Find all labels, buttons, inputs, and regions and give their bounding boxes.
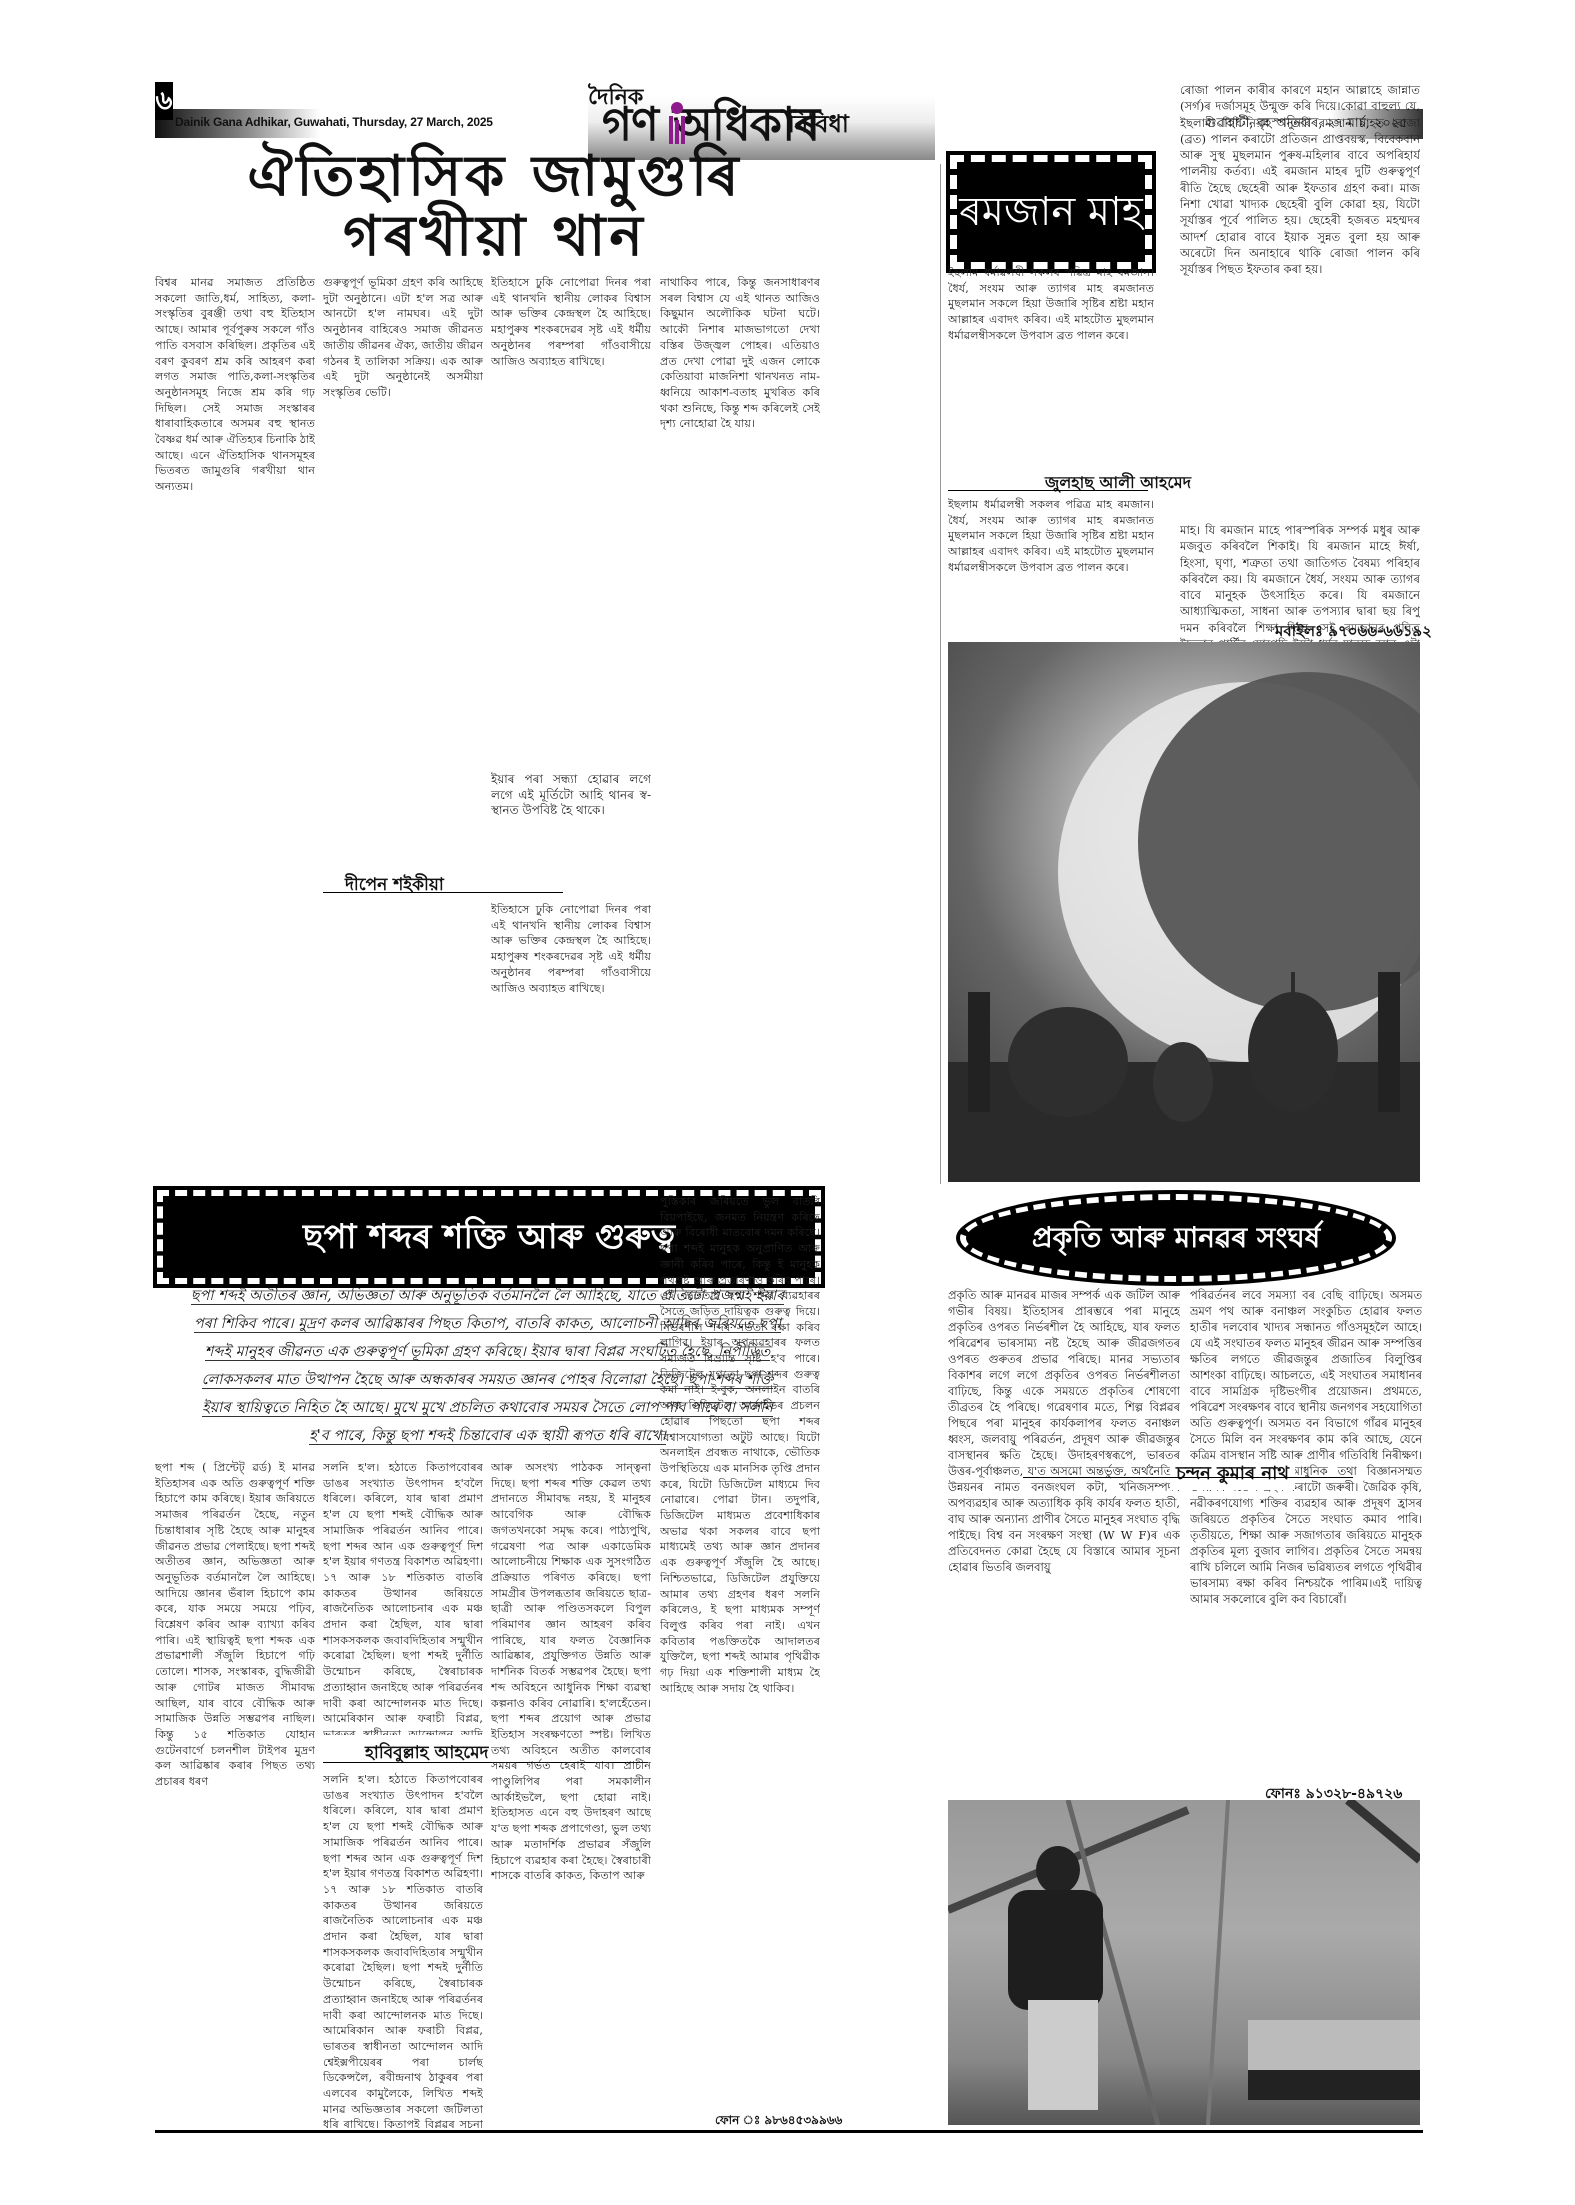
headline-line-1: ঐতিহাসিক জামুগুৰি — [195, 147, 795, 207]
author-byline: হাবিবুল্লাহ আহমেদ — [365, 1740, 488, 1768]
author-byline: জুলহাছ আলী আহমেদ — [1045, 470, 1191, 497]
article-column: ইতিহাসে ঢুকি নোপোৱা দিনৰ পৰা এই থানখনি স… — [491, 902, 651, 1180]
newspaper-page: ৬ Dainik Gana Adhikar, Guwahati, Thursda… — [155, 82, 1423, 2132]
article-column: ছপা শব্দ ( প্ৰিন্টেট্ ৱৰ্ড) ই মানৱ ইতিহা… — [155, 1460, 315, 2128]
article-column: পুস্তিকাৰ জৰিয়তে ভুল বাতৰি বিয়পাইছে, জ… — [660, 1194, 820, 2109]
logo-people-icon — [667, 102, 687, 146]
column-divider — [940, 164, 941, 1184]
footer-rule — [155, 2130, 1423, 2133]
headline-prakriti: প্ৰকৃতি আৰু মানৱৰ সংঘৰ্ষ — [960, 1194, 1392, 1282]
headline-jamuguri: ঐতিহাসিক জামুগুৰি গৰখীয়া থান — [195, 147, 795, 267]
article-column: সলনি হ'ল। হঠাতে কিতাপবোৰৰ ডাঙৰ সংখ্যাত উ… — [323, 1460, 483, 1735]
article-column: নাথাকিব পাৰে, কিন্তু জনসাধাৰণৰ সৰল বিশ্ব… — [660, 275, 820, 1180]
section-name: বিবিধা — [788, 106, 849, 146]
page-number: ৬ — [155, 82, 173, 120]
article-column: বিশ্বৰ মানৱ সমাজত প্ৰতিষ্ঠিত সকলো জাতি,ধ… — [155, 275, 315, 1180]
man-cutting-tree-icon — [948, 1800, 1420, 2125]
pull-quote: ইয়াৰ পৰা সন্ধ্যা হোৱাৰ লগে লগে এই মূৰ্ত… — [491, 772, 651, 832]
article-column: ইতিহাসে ঢুকি নোপোৱা দিনৰ পৰা এই থানখনি স… — [491, 275, 651, 820]
article-column: গুৰুত্বপূৰ্ণ ভূমিকা গ্ৰহণ কৰি আহিছে দুটা… — [323, 275, 483, 1180]
forest-photo — [948, 1800, 1420, 2125]
headline-line-2: গৰখীয়া থান — [195, 207, 795, 267]
author-byline: দীপেন শইকীয়া — [345, 872, 444, 900]
dateline-english: Dainik Gana Adhikar, Guwahati, Thursday,… — [175, 115, 493, 129]
byline-rule — [948, 490, 1148, 491]
author-byline: চন্দন কুমাৰ নাথ — [1170, 1459, 1295, 1490]
crescent-moon-icon — [948, 642, 1420, 1182]
contact-phone: ফোন ঃ ৯৮৬৪৫৩৯৯৬৬ — [715, 2112, 842, 2132]
byline-rule — [323, 892, 563, 893]
article-column: সলনি হ'ল। হঠাতে কিতাপবোৰৰ ডাঙৰ সংখ্যাত উ… — [323, 1772, 483, 2128]
byline-rule — [1023, 1477, 1353, 1478]
article-column: পৰিৱৰ্তনৰ লবে সমস্যা বৰ বেছি বাঢ়িছে। অস… — [1190, 1287, 1422, 1777]
headline-ramjan: ৰমজান মাহ — [950, 155, 1152, 269]
article-column: ৰোজা পালন কাৰীৰ কাৰণে মহান আল্লাহে জান্ন… — [1180, 82, 1420, 522]
crescent-moon-mosque-image — [948, 642, 1420, 1182]
article-column: প্ৰকৃতি আৰু মানৱৰ মাজৰ সম্পৰ্ক এক জটিল আ… — [948, 1287, 1180, 1777]
article-column: আৰু অসংখ্য পাঠকক সান্ত্বনা দিছে। ছপা শব্… — [491, 1460, 651, 2128]
article-column: ইছলাম ধৰ্মাৱলম্বী সকলৰ পৱিত্ৰ মাহ ৰমজান।… — [948, 265, 1154, 460]
deck-line: হ'ব পাৰে, কিন্তু ছপা শব্দই চিন্তাবোৰ এক … — [309, 1428, 666, 1445]
